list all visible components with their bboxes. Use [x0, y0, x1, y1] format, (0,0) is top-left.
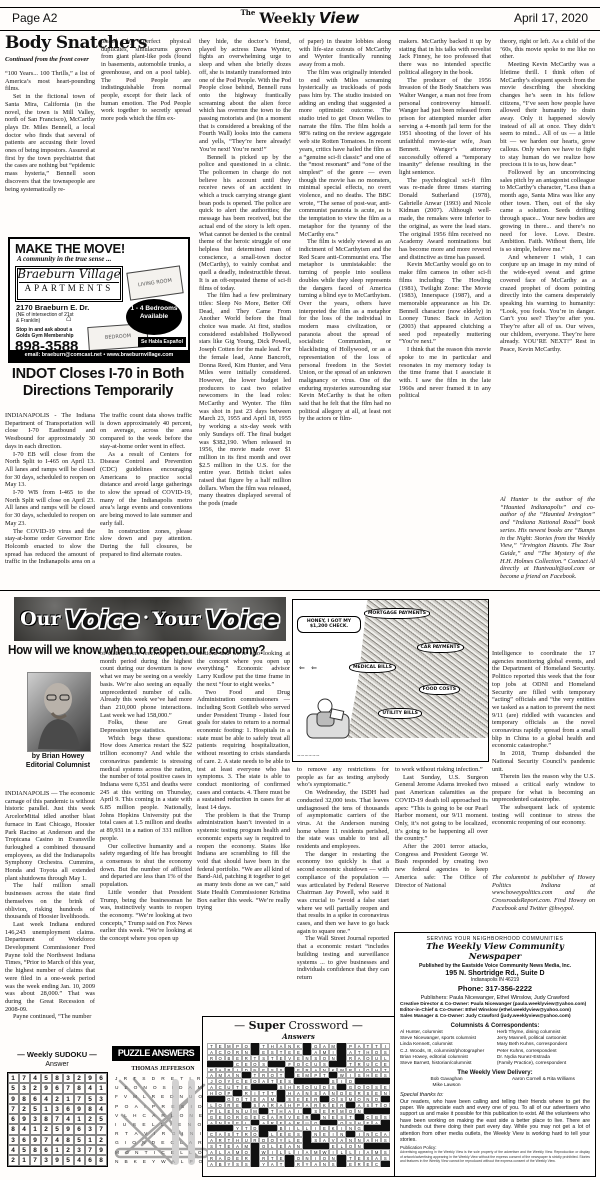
ad-title: MAKE THE MOVE!: [15, 241, 125, 256]
logo-weekly: Weekly: [259, 11, 315, 27]
ad-brand-sub: APARTMENTS: [19, 282, 119, 293]
banner-voice-2: Voice: [205, 605, 280, 634]
ad-address: 2170 Braeburn E. Dr.: [16, 303, 89, 312]
delivery-heading: The Weekly View Delivery:: [400, 1070, 590, 1076]
braeburn-village-ad: MAKE THE MOVE! A community in the true s…: [8, 237, 190, 363]
columnists-heading: Columnists & Correspondents:: [400, 1023, 590, 1029]
cartoon-caption: HONEY, I GOT MY $1,200 CHECK.: [297, 616, 361, 633]
delivery-right: Aaron Cornell & Rita Williams: [497, 1077, 590, 1089]
ov-column-c: sections and we’re also looking at the c…: [197, 650, 290, 1012]
cartoon-label-car: CAR PAYMENTS: [417, 642, 464, 653]
cartoon-label-mortgage: MORTGAGE PAYMENTS: [364, 608, 430, 619]
portrait-silhouette: [28, 673, 88, 749]
sudoku-title: — Weekly SUDOKU —: [4, 1050, 110, 1059]
masthead-phone: Phone: 317-356-2222: [400, 984, 590, 993]
indot-column-2: The traffic count data shows traffic is …: [100, 412, 192, 564]
sudoku-answer-box: — Weekly SUDOKU — Answer 174583296532967…: [4, 1050, 110, 1167]
masthead-box: SERVING YOUR NEIGHBORHOOD COMMUNITIES Th…: [394, 932, 596, 1177]
section-divider-rule: [0, 590, 600, 591]
ov-column-a: INDIANAPOLIS — The economic carnage of t…: [5, 790, 95, 1048]
crossword-subtitle: Answers: [203, 1032, 394, 1041]
wordsearch-grid: JRTSDRETIRWUEONOSIDAMEFVMLREDNUOFPOAIPRE…: [112, 1075, 214, 1167]
masthead-address: 195 N. Shortridge Rd., Suite D: [400, 970, 590, 977]
house-icon: ⌂: [66, 313, 71, 323]
newspaper-page: Page A2 The Weekly View April 17, 2020 B…: [0, 0, 600, 1180]
logo-the: The: [241, 8, 256, 17]
masthead-publishers: Publishers: Paula Nicewanger, Ethel Wins…: [400, 995, 590, 1001]
ad-tagline: A community in the true sense ...: [17, 255, 111, 263]
delivery-columns: Bob GavaghanMike Lawson Aaron Cornell & …: [400, 1077, 590, 1089]
editorial-cartoon: HONEY, I GOT MY $1,200 CHECK. ⇐ ⇐ MORTGA…: [292, 599, 489, 762]
byline-name: by Brian Howey: [2, 753, 114, 762]
cartoon-figure-in-chair: [301, 692, 361, 744]
logo-view: View: [319, 9, 360, 27]
cartoon-label-food: FOOD COSTS: [419, 684, 460, 695]
article-headline-indot: INDOT Closes I-70 in Both Directions Tem…: [0, 366, 196, 400]
ad-contact-bar: email: braeburn@comcast.net • www.braebu…: [10, 350, 188, 361]
header-bottom-rule: [0, 30, 600, 31]
cartoon-arrows: ⇐ ⇐: [299, 664, 319, 672]
wordsearch-answer-box: THOMAS JEFFERSON JRTSDRETIRWUEONOSIDAMEF…: [112, 1066, 214, 1167]
bs-column-1: “100 Years... 100 Thrills,” a list of Am…: [5, 70, 95, 234]
indot-column-1: INDIANAPOLIS - The Indiana Department of…: [5, 412, 95, 564]
crossword-title: — Super Crossword —: [203, 1019, 394, 1032]
issue-date: April 17, 2020: [514, 11, 588, 25]
masthead-city: Indianapolis IN 46219: [400, 977, 590, 983]
masthead-published-by: Published by the Eastside Voice Communit…: [400, 963, 590, 969]
ov-column-b: of claims were received in a one-month p…: [100, 650, 192, 1044]
bs-column-3: they hide, the doctor’s friend, played b…: [199, 38, 291, 586]
ov-column-e: to work without risking infection.”Last …: [395, 766, 488, 928]
sudoku-subtitle: Answer: [4, 1061, 110, 1068]
crossword-grid: TEMPOTHANKGAMPATTIACORNESTEEAMIATHOSROBE…: [207, 1043, 390, 1167]
author-bio-al-hunter: Al Hunter is the author of the “Haunted …: [500, 496, 595, 586]
ad-se-habla-espanol: Se Habla Español: [138, 337, 186, 347]
masthead-paper-name: The Weekly View Community Newspaper: [400, 942, 590, 962]
ov-column-d: to remove any restrictions for people as…: [297, 766, 389, 1012]
columnist-bio-howey: The columnist is publisher of Howey Poli…: [492, 874, 595, 930]
banner-our: Our: [20, 608, 60, 630]
wordsearch-title: THOMAS JEFFERSON: [112, 1066, 214, 1072]
byline-role: Editorial Columnist: [2, 762, 114, 771]
banner-voice-1: Voice: [64, 605, 139, 634]
masthead-owners-list: Creative Director & Co-Owner: Paula Nice…: [400, 1002, 590, 1020]
bs-column-2: placed by perfect physical duplicates, s…: [101, 38, 191, 234]
crossword-answer-box: — Super Crossword — Answers TEMPOTHANKGA…: [202, 1016, 395, 1177]
columnists-columns: Al Hunter, columnistSteve Nicewanger, sp…: [400, 1030, 590, 1067]
wordsearch-answer-lines: [112, 1075, 214, 1171]
crossword-title-super: Super: [249, 1019, 285, 1032]
crossword-title-rest: Crossword: [285, 1019, 348, 1032]
newspaper-logo: The Weekly View: [0, 8, 600, 28]
bs-column-6: theory, right or left. As a child of the…: [500, 38, 595, 493]
columnists-left: Al Hunter, columnistSteve Nicewanger, sp…: [400, 1030, 493, 1067]
bs-column-4: of paper) in theatre lobbies along with …: [299, 38, 391, 586]
cartoonist-signature-scribble: ~~~~~~: [297, 754, 320, 759]
delivery-left: Bob GavaghanMike Lawson: [400, 1077, 493, 1089]
sudoku-grid: 1745832965329678419864217537251369846938…: [7, 1072, 108, 1167]
special-thanks-heading: Special thanks to:: [400, 1092, 590, 1098]
our-voice-banner: Our Voice • Your Voice: [14, 597, 286, 641]
ov-column-f: Intelligence to coordinate the 17 agenci…: [492, 650, 595, 872]
banner-bullet: •: [144, 611, 149, 627]
cartoon-label-utility: UTILITY BILLS: [378, 708, 422, 719]
byline-block: by Brian Howey Editorial Columnist: [2, 753, 114, 770]
puzzle-answers-bar: PUZZLE ANSWERS: [112, 1046, 200, 1061]
cartoon-label-medical: MEDICAL BILLS: [349, 662, 396, 673]
columnists-right: Herb Thyme, dining columnistJerry Mannel…: [497, 1030, 590, 1067]
moving-box-living-room: LIVING ROOM: [126, 265, 183, 300]
ad-brand-box: Braeburn Village APARTMENTS: [15, 266, 123, 302]
banner-your: Your: [152, 608, 200, 630]
publication-policy-text: Advertising appearing in the Weekly View…: [400, 1150, 590, 1163]
ad-brand-name: Braeburn Village: [16, 267, 122, 282]
ad-bedrooms-badge: 1 - 4 Bedrooms Available: [126, 299, 182, 335]
special-thanks-text: Our readers, who have been calling and t…: [400, 1099, 590, 1144]
brian-howey-photo: [27, 672, 91, 752]
bs-column-5: makers. McCarthy backed it up by stating…: [399, 38, 491, 586]
